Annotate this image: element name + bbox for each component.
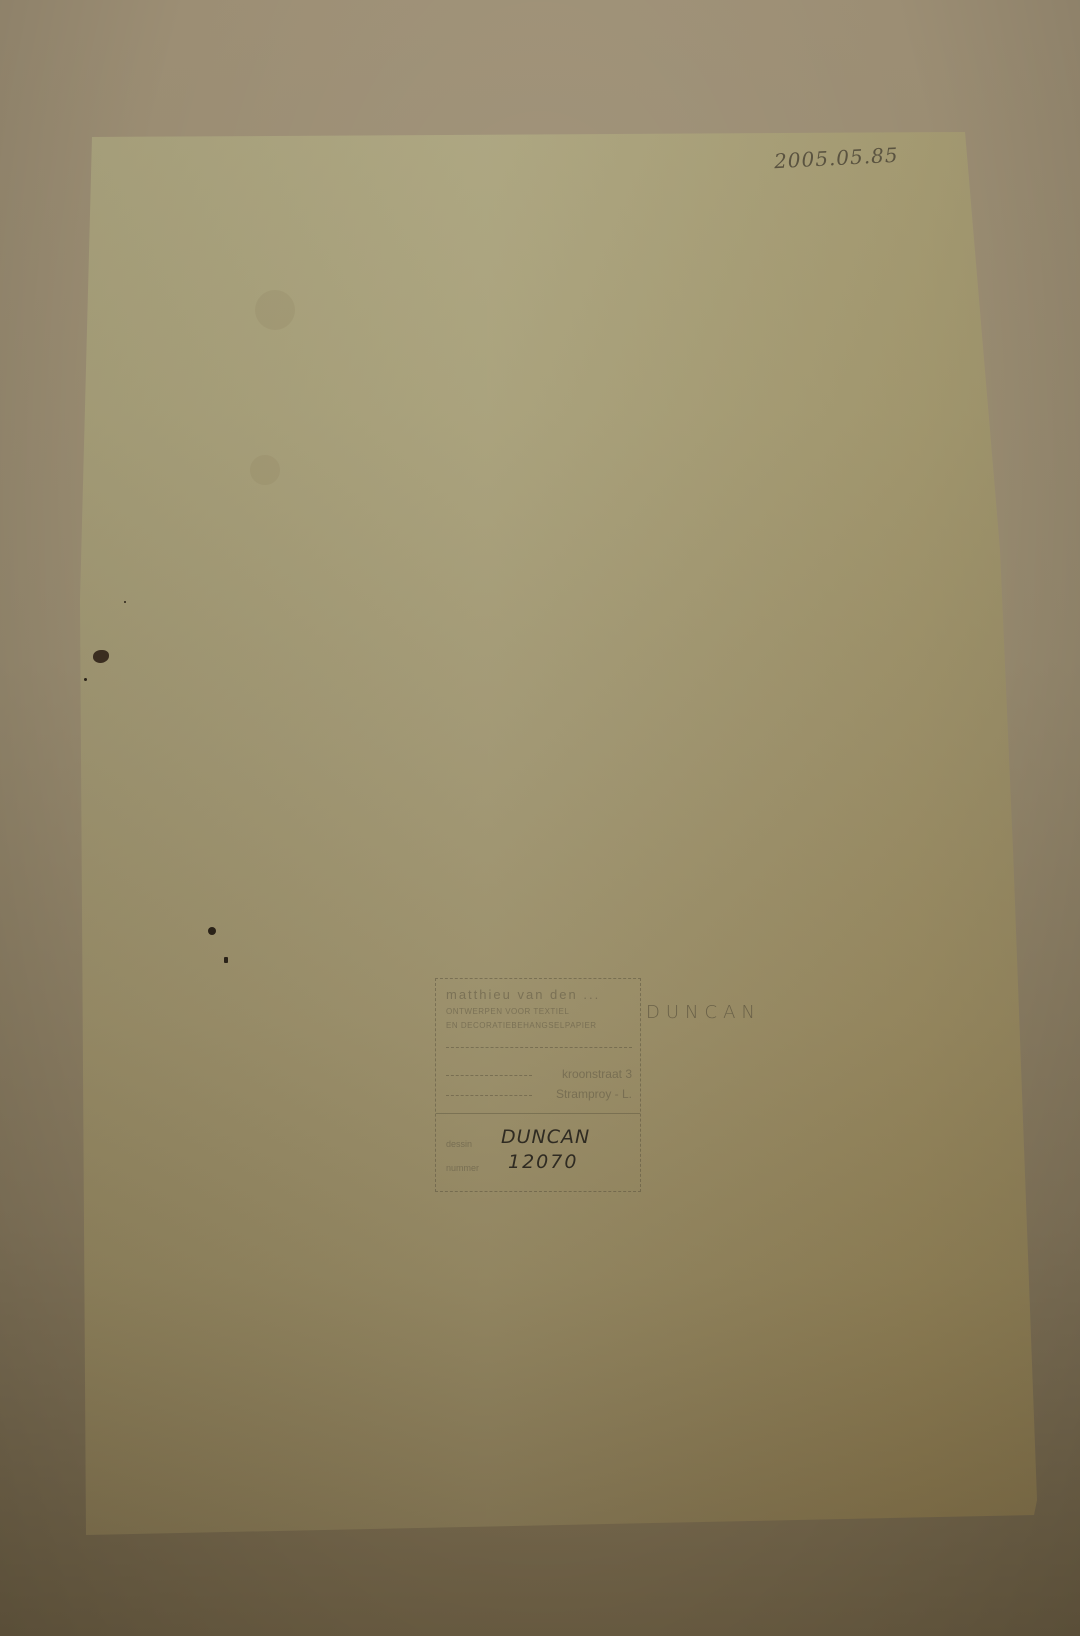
ink-dot <box>84 678 87 681</box>
stamp-line-1: ONTWERPEN VOOR TEXTIEL <box>446 1007 632 1016</box>
stamp-address-street: kroonstraat 3 <box>446 1067 632 1081</box>
ink-dot <box>224 957 228 963</box>
stamp-dashed-line <box>446 1095 532 1096</box>
maker-stamp: matthieu van den ... ONTWERPEN VOOR TEXT… <box>435 978 641 1192</box>
stamp-town-text: Stramproy - L. <box>556 1087 632 1101</box>
paper-stain <box>255 290 295 330</box>
stamp-divider <box>436 1113 640 1114</box>
stamp-dashed-line <box>446 1075 532 1076</box>
paper-shading <box>0 0 1080 1636</box>
paper-stain <box>250 455 280 485</box>
paper-sheet <box>0 0 1080 1636</box>
stamp-line-2: EN DECORATIEBEHANGSELPAPIER <box>446 1021 632 1030</box>
stamp-address-town: Stramproy - L. <box>446 1087 632 1101</box>
design-number-handwritten: 12070 <box>508 1151 578 1173</box>
stamp-dashed-line <box>446 1047 632 1048</box>
stamp-maker-name: matthieu van den ... <box>446 987 632 1002</box>
design-name-handwritten: DUNCAN <box>501 1126 590 1148</box>
side-annotation: DUNCAN <box>646 1002 761 1023</box>
ink-dot <box>208 927 216 935</box>
ink-dot <box>124 601 126 603</box>
stamp-street-text: kroonstraat 3 <box>562 1067 632 1081</box>
